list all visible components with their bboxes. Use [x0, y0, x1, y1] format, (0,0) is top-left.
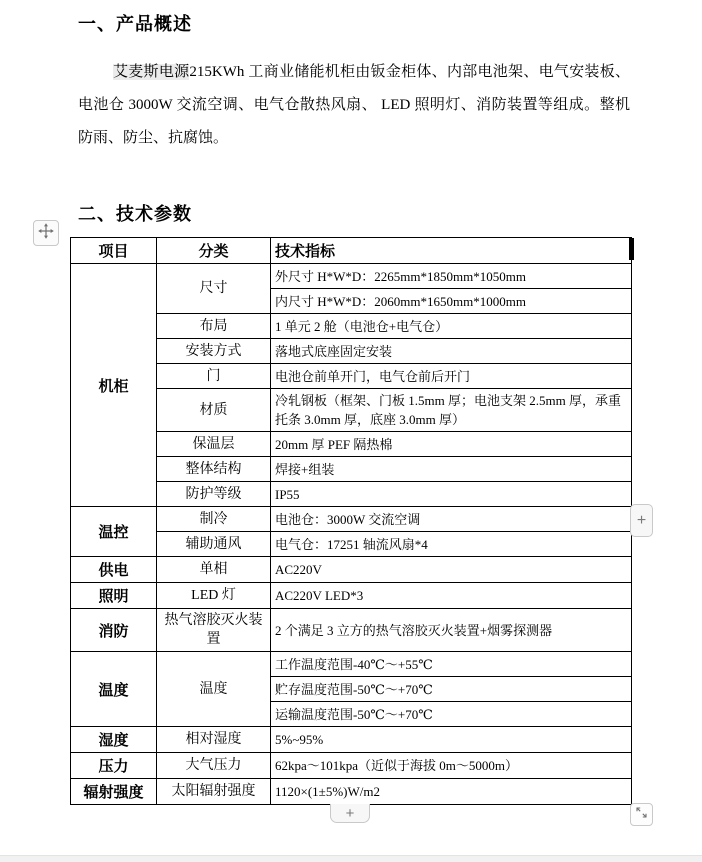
item-cell[interactable]: 辐射强度 [71, 779, 157, 805]
item-cell[interactable]: 湿度 [71, 727, 157, 753]
category-cell[interactable]: 尺寸 [157, 264, 271, 314]
category-cell[interactable]: 保温层 [157, 432, 271, 457]
category-cell[interactable]: 安装方式 [157, 339, 271, 364]
category-cell[interactable]: 太阳辐射强度 [157, 779, 271, 805]
resize-diagonal-icon [634, 805, 649, 825]
spec-cell[interactable]: 1 单元 2 舱（电池仓+电气仓） [271, 314, 632, 339]
spec-cell[interactable]: 5%~95% [271, 727, 632, 753]
item-cell[interactable]: 消防 [71, 609, 157, 652]
table-row: 温控 制冷 电池仓：3000W 交流空调 [71, 507, 632, 532]
spec-cell[interactable]: IP55 [271, 482, 632, 507]
spec-cell[interactable]: 落地式底座固定安装 [271, 339, 632, 364]
table-row: 供电 单相 AC220V [71, 557, 632, 583]
item-cell[interactable]: 温度 [71, 652, 157, 727]
category-cell[interactable]: 温度 [157, 652, 271, 727]
category-cell[interactable]: 材质 [157, 389, 271, 432]
category-cell[interactable]: 门 [157, 364, 271, 389]
spec-cell[interactable]: 电池仓前单开门，电气仓前后开门 [271, 364, 632, 389]
category-cell[interactable]: 制冷 [157, 507, 271, 532]
item-cell[interactable]: 供电 [71, 557, 157, 583]
category-cell[interactable]: 防护等级 [157, 482, 271, 507]
item-cell[interactable]: 照明 [71, 583, 157, 609]
table-row: 湿度 相对湿度 5%~95% [71, 727, 632, 753]
table-move-handle[interactable] [33, 220, 59, 246]
spec-cell[interactable]: 电池仓：3000W 交流空调 [271, 507, 632, 532]
add-row-button[interactable]: + [330, 804, 370, 823]
spec-cell[interactable]: 贮存温度范围-50℃～+70℃ [271, 677, 632, 702]
spec-cell[interactable]: 内尺寸 H*W*D：2060mm*1650mm*1000mm [271, 289, 632, 314]
spec-cell[interactable]: 外尺寸 H*W*D：2265mm*1850mm*1050mm [271, 264, 632, 289]
category-cell[interactable]: LED 灯 [157, 583, 271, 609]
overview-paragraph[interactable]: 艾麦斯电源215KWh 工商业储能机柜由钣金柜体、内部电池架、电气安装板、电池仓… [78, 56, 630, 155]
category-cell[interactable]: 辅助通风 [157, 532, 271, 557]
document-page: 一、产品概述 艾麦斯电源215KWh 工商业储能机柜由钣金柜体、内部电池架、电气… [0, 0, 702, 862]
table-row: 照明 LED 灯 AC220V LED*3 [71, 583, 632, 609]
item-cell[interactable]: 温控 [71, 507, 157, 557]
table-row: 辐射强度 太阳辐射强度 1120×(1±5%)W/m2 [71, 779, 632, 805]
spec-table: 项目 分类 技术指标 机柜 尺寸 外尺寸 H*W*D：2265mm*1850mm… [70, 237, 632, 805]
spec-cell[interactable]: AC220V LED*3 [271, 583, 632, 609]
category-cell[interactable]: 单相 [157, 557, 271, 583]
spec-cell[interactable]: 20mm 厚 PEF 隔热棉 [271, 432, 632, 457]
spec-table-container: 项目 分类 技术指标 机柜 尺寸 外尺寸 H*W*D：2265mm*1850mm… [70, 237, 631, 805]
table-row: 压力 大气压力 62kpa～101kpa（近似于海拔 0m～5000m） [71, 753, 632, 779]
spec-cell[interactable]: 冷轧钢板（框架、门板 1.5mm 厚；电池支架 2.5mm 厚，承重托条 3.0… [271, 389, 632, 432]
table-header-row: 项目 分类 技术指标 [71, 238, 632, 264]
table-resize-handle[interactable] [630, 803, 653, 826]
category-cell[interactable]: 相对湿度 [157, 727, 271, 753]
header-cell-category[interactable]: 分类 [157, 238, 271, 264]
category-cell[interactable]: 大气压力 [157, 753, 271, 779]
section-heading-tech-params[interactable]: 二、技术参数 [78, 200, 192, 226]
item-cell[interactable]: 机柜 [71, 264, 157, 507]
spec-cell[interactable]: 62kpa～101kpa（近似于海拔 0m～5000m） [271, 753, 632, 779]
category-cell[interactable]: 整体结构 [157, 457, 271, 482]
add-column-button[interactable]: + [630, 504, 653, 537]
move-icon [38, 223, 54, 244]
header-cell-spec[interactable]: 技术指标 [271, 238, 632, 264]
highlighted-term: 艾麦斯电源 [113, 64, 189, 80]
spec-cell[interactable]: 2 个满足 3 立方的热气溶胶灭火装置+烟雾探测器 [271, 609, 632, 652]
table-row: 消防 热气溶胶灭火装置 2 个满足 3 立方的热气溶胶灭火装置+烟雾探测器 [71, 609, 632, 652]
spec-cell[interactable]: 1120×(1±5%)W/m2 [271, 779, 632, 805]
spec-cell[interactable]: 焊接+组装 [271, 457, 632, 482]
table-row: 机柜 尺寸 外尺寸 H*W*D：2265mm*1850mm*1050mm [71, 264, 632, 289]
table-row: 温度 温度 工作温度范围-40℃～+55℃ [71, 652, 632, 677]
category-cell[interactable]: 布局 [157, 314, 271, 339]
item-cell[interactable]: 压力 [71, 753, 157, 779]
section-heading-product-overview[interactable]: 一、产品概述 [78, 10, 192, 36]
page-bottom-edge [0, 855, 702, 862]
category-cell[interactable]: 热气溶胶灭火装置 [157, 609, 271, 652]
header-cell-item[interactable]: 项目 [71, 238, 157, 264]
spec-cell[interactable]: 电气仓：17251 轴流风扇*4 [271, 532, 632, 557]
spec-cell[interactable]: 工作温度范围-40℃～+55℃ [271, 652, 632, 677]
header-row-end-mark [629, 238, 634, 260]
spec-cell[interactable]: 运输温度范围-50℃～+70℃ [271, 702, 632, 727]
spec-cell[interactable]: AC220V [271, 557, 632, 583]
